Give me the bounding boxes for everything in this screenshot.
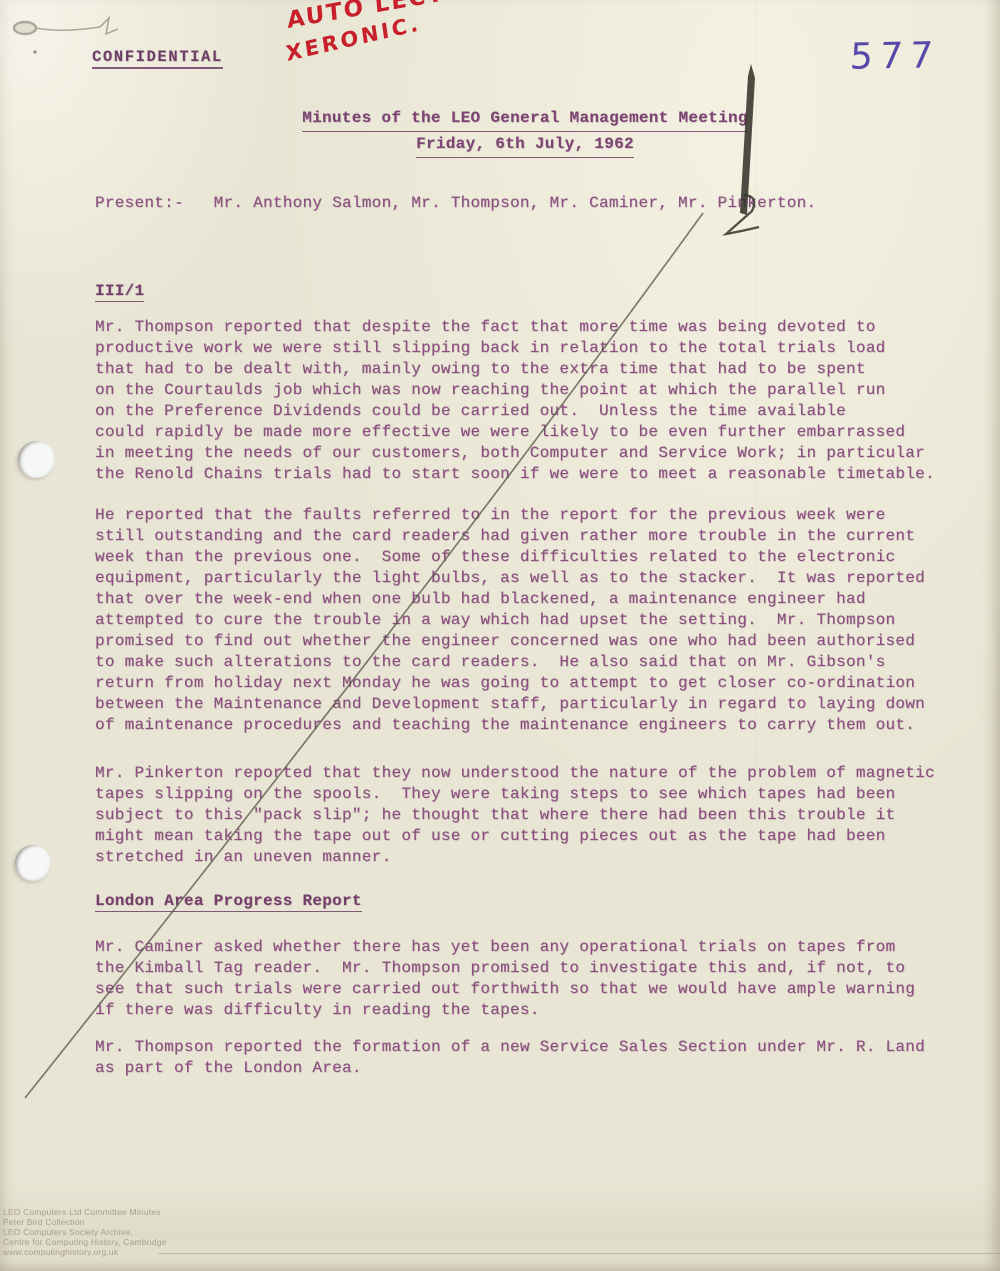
archive-stamp-line: Peter Bird Collection — [3, 1217, 167, 1227]
document-title: Minutes of the LEO General Management Me… — [25, 106, 1000, 158]
archive-stamp-line: LEO Computers Society Archive, — [3, 1227, 167, 1237]
present-line: Present:- Mr. Anthony Salmon, Mr. Thomps… — [95, 193, 816, 214]
archive-stamp-line: www.computinghistory.org.uk — [3, 1247, 167, 1257]
confidential-stamp-text: CONFIDENTIAL — [92, 48, 223, 69]
archive-stamp-line: LEO Computers Ltd Committee Minutes — [3, 1207, 167, 1217]
section-heading-text: III/1 — [95, 282, 144, 302]
faint-rule — [158, 1253, 1000, 1254]
paragraph-2: He reported that the faults referred to … — [95, 505, 925, 736]
paragraph-1: Mr. Thompson reported that despite the f… — [95, 317, 935, 485]
hole-punch-bottom — [15, 845, 51, 881]
archive-stamp: LEO Computers Ltd Committee Minutes Pete… — [3, 1207, 167, 1257]
handwritten-page-number: 577 — [849, 35, 941, 78]
section-heading: III/1 — [95, 281, 144, 302]
horizontal-crease — [0, 1192, 1000, 1194]
paragraph-5: Mr. Thompson reported the formation of a… — [95, 1037, 925, 1079]
archive-stamp-line: Centre for Computing History, Cambridge — [3, 1237, 167, 1247]
confidential-stamp: CONFIDENTIAL — [92, 47, 223, 68]
scanned-document-page: CONFIDENTIAL AUTO LECTOR XERONIC. 577 Mi… — [0, 0, 1000, 1271]
subheading-text: London Area Progress Report — [95, 892, 362, 912]
paragraph-4: Mr. Caminer asked whether there has yet … — [95, 937, 915, 1021]
title-line2: Friday, 6th July, 1962 — [416, 132, 634, 158]
subheading: London Area Progress Report — [95, 891, 362, 912]
red-handwritten-annotation: AUTO LECTOR XERONIC. — [286, 0, 489, 60]
hole-punch-top — [18, 441, 55, 478]
paragraph-3: Mr. Pinkerton reported that they now und… — [95, 763, 935, 868]
title-line1: Minutes of the LEO General Management Me… — [302, 106, 748, 132]
